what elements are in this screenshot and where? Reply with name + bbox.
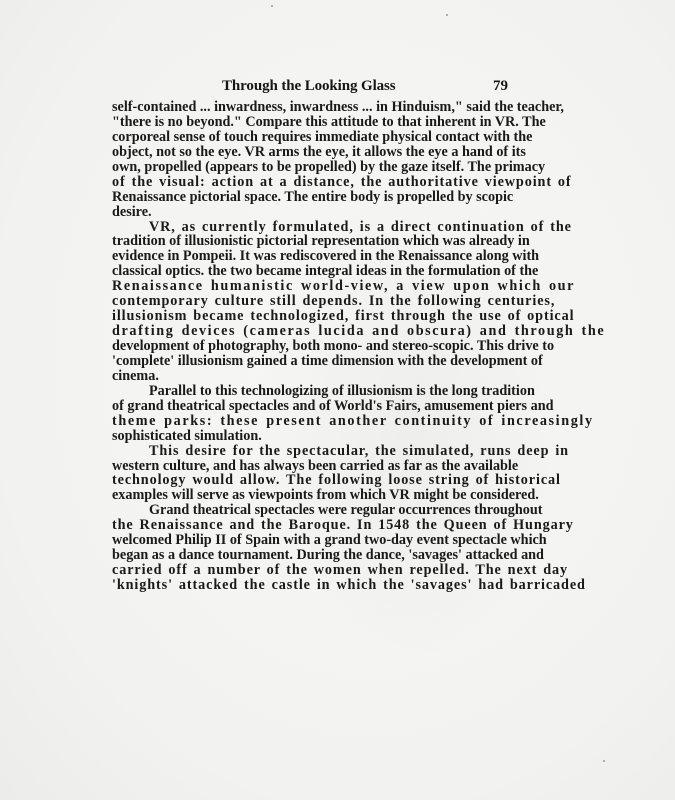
scan-speck [446, 14, 448, 16]
text-line: self-contained ... inwardness, inwardnes… [112, 100, 587, 115]
text-line: technology would allow. The following lo… [112, 473, 587, 488]
text-line: carried off a number of the women when r… [112, 563, 587, 578]
scan-speck [271, 5, 273, 7]
text-line: theme parks: these present another conti… [112, 414, 587, 429]
text-line: 'complete' illusionism gained a time dim… [112, 354, 587, 369]
text-line: the Renaissance and the Baroque. In 1548… [112, 518, 587, 533]
text-line: 'knights' attacked the castle in which t… [112, 578, 587, 593]
text-line: of grand theatrical spectacles and of Wo… [112, 399, 587, 414]
text-line: western culture, and has always been car… [112, 459, 587, 474]
text-line: welcomed Philip II of Spain with a grand… [112, 533, 587, 548]
text-line: contemporary culture still depends. In t… [112, 294, 587, 309]
text-line: began as a dance tournament. During the … [112, 548, 587, 563]
text-line: own, propelled (appears to be propelled)… [112, 160, 587, 175]
text-line: Grand theatrical spectacles were regular… [112, 503, 587, 518]
text-line: corporeal sense of touch requires immedi… [112, 130, 587, 145]
scanned-page: Through the Looking Glass 79 self-contai… [0, 0, 675, 800]
text-line: cinema. [112, 369, 587, 384]
text-line: desire. [112, 205, 587, 220]
text-line: Renaissance pictorial space. The entire … [112, 190, 587, 205]
text-line: VR, as currently formulated, is a direct… [112, 220, 587, 235]
text-line: development of photography, both mono- a… [112, 339, 587, 354]
text-line: Renaissance humanistic world-view, a vie… [112, 279, 587, 294]
text-line: "there is no beyond." Compare this attit… [112, 115, 587, 130]
text-line: classical optics. the two became integra… [112, 264, 587, 279]
text-line: drafting devices (cameras lucida and obs… [112, 324, 587, 339]
scan-speck [603, 760, 605, 762]
text-line: sophisticated simulation. [112, 429, 587, 444]
body-text: self-contained ... inwardness, inwardnes… [112, 100, 587, 593]
text-line: tradition of illusionistic pictorial rep… [112, 234, 587, 249]
text-line: This desire for the spectacular, the sim… [112, 444, 587, 459]
text-line: of the visual: action at a distance, the… [112, 175, 587, 190]
text-line: Parallel to this technologizing of illus… [112, 384, 587, 399]
text-line: illusionism became technologized, first … [112, 309, 587, 324]
text-line: examples will serve as viewpoints from w… [112, 488, 587, 503]
running-head-title: Through the Looking Glass [222, 78, 396, 95]
text-line: evidence in Pompeii. It was rediscovered… [112, 249, 587, 264]
page-number: 79 [493, 78, 508, 95]
text-line: object, not so the eye. VR arms the eye,… [112, 145, 587, 160]
